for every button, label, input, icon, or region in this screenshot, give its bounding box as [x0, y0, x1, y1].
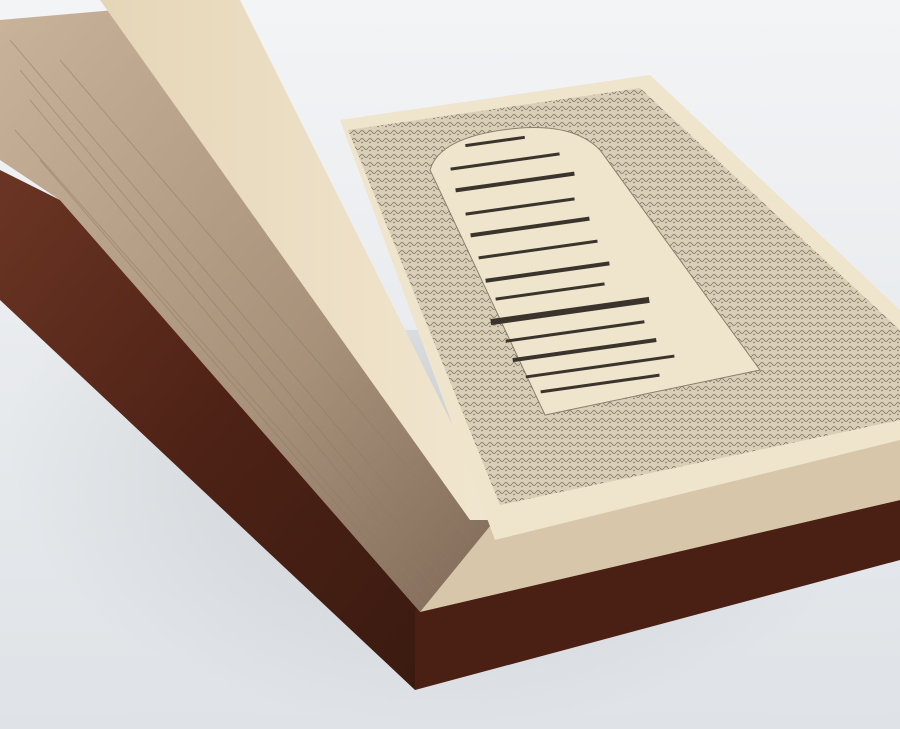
- book-illustration: [0, 0, 900, 729]
